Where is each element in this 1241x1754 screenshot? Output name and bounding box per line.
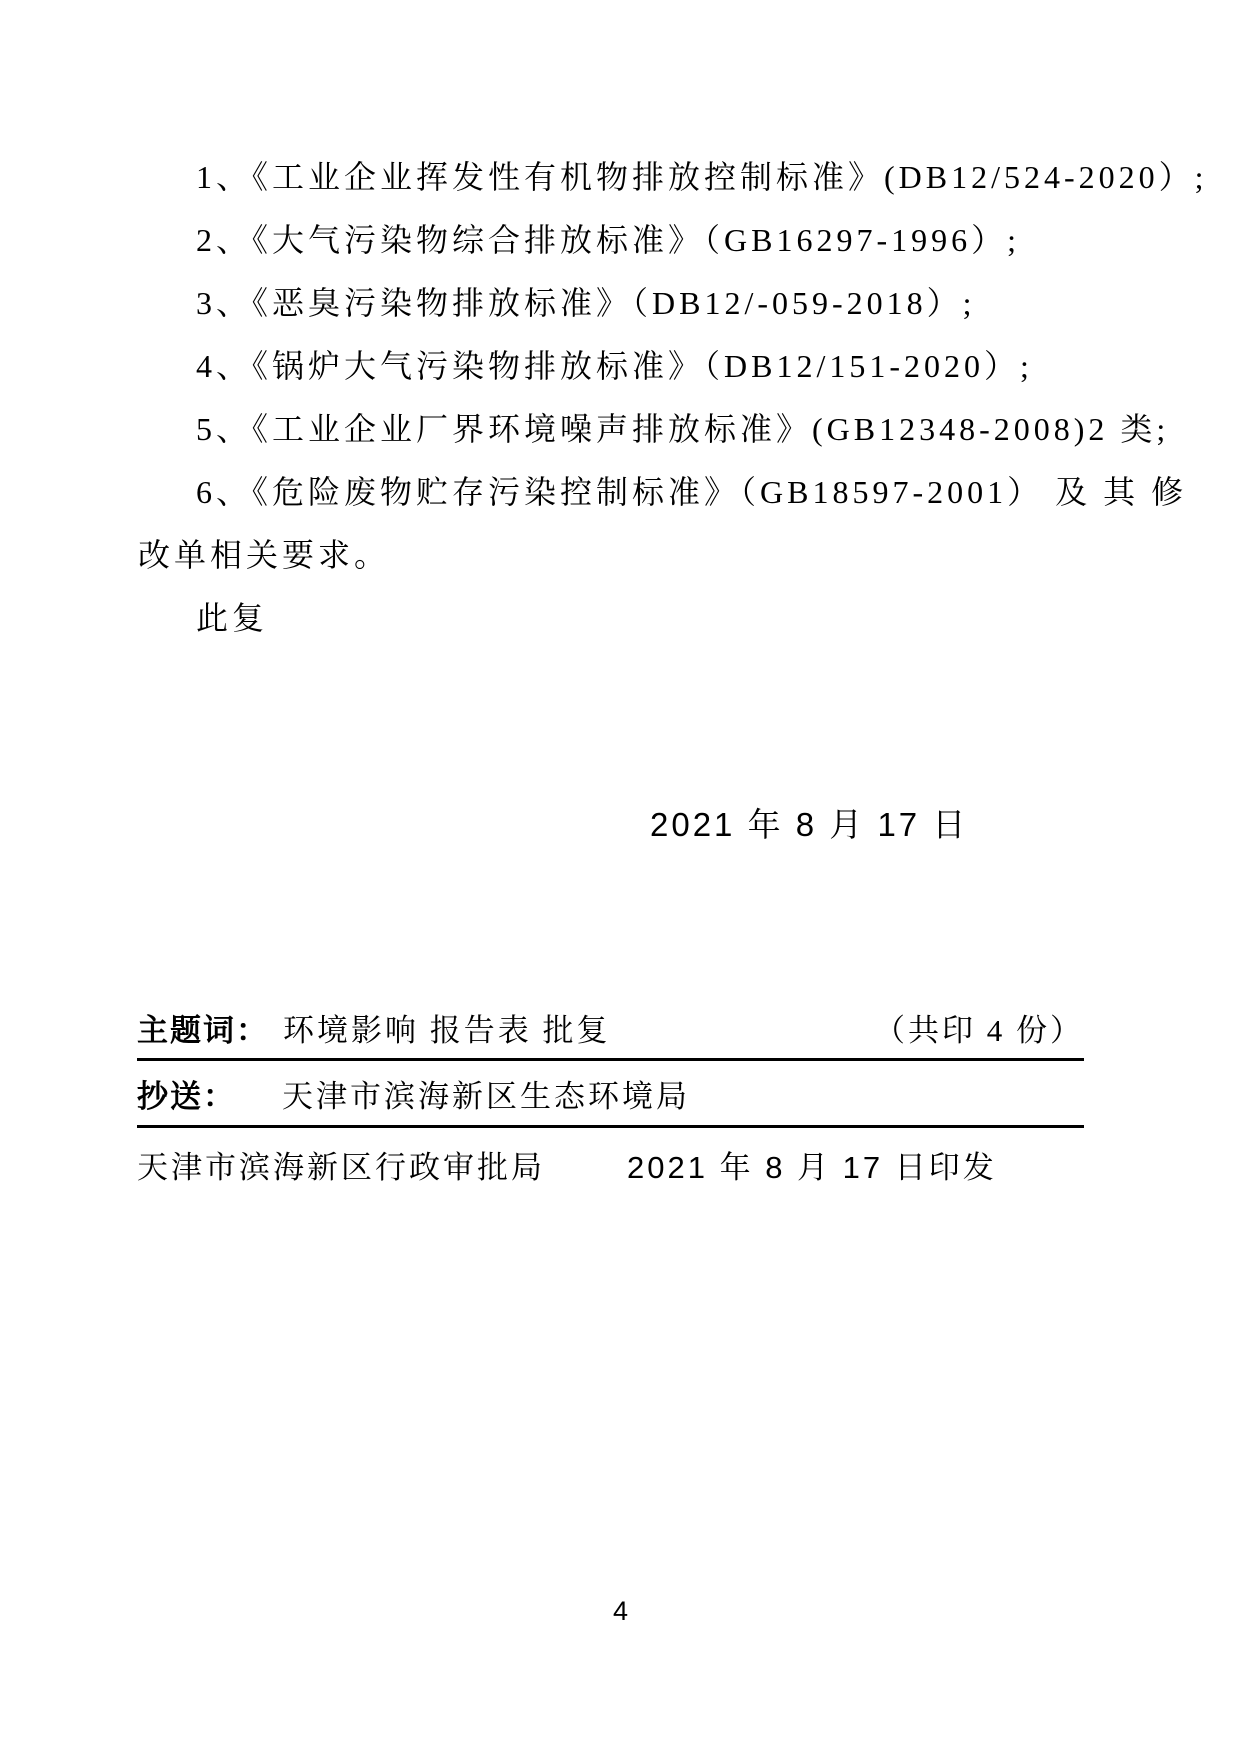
list-item-5: 5、《工业企业厂界环境噪声排放标准》(GB12348-2008)2 类;	[138, 398, 1113, 461]
document-footer: 主题词： 环境影响 报告表 批复 （共印 4 份） 抄送： 天津市滨海新区生态环…	[137, 996, 1084, 1194]
cc-row: 抄送： 天津市滨海新区生态环境局	[137, 1061, 1084, 1125]
list-item-6-continuation: 改单相关要求。	[138, 524, 1113, 587]
list-item-6: 6、《危险废物贮存污染控制标准》（GB18597-2001） 及 其 修	[138, 461, 1113, 524]
document-body: 1、《工业企业挥发性有机物排放控制标准》(DB12/524-2020）; 2、《…	[138, 146, 1113, 650]
list-item-4: 4、《锅炉大气污染物排放标准》（DB12/151-2020）;	[138, 335, 1113, 398]
subject-label: 主题词：	[137, 1005, 269, 1050]
issuer-row: 天津市滨海新区行政审批局 2021 年 8 月 17 日印发	[137, 1128, 1084, 1194]
signature-date: 2021 年 8 月 17 日	[650, 802, 968, 848]
closing-phrase: 此复	[138, 587, 1113, 650]
page-number: 4	[0, 1596, 1241, 1627]
list-item-1: 1、《工业企业挥发性有机物排放控制标准》(DB12/524-2020）;	[138, 146, 1113, 209]
cc-recipient: 天津市滨海新区生态环境局	[282, 1071, 690, 1116]
copies-count: （共印 4 份）	[874, 1005, 1084, 1050]
subject-row: 主题词： 环境影响 报告表 批复 （共印 4 份）	[137, 996, 1084, 1058]
issuing-agency: 天津市滨海新区行政审批局	[137, 1142, 545, 1187]
issue-date: 2021 年 8 月 17 日印发	[627, 1142, 997, 1187]
list-item-2: 2、《大气污染物综合排放标准》（GB16297-1996）;	[138, 209, 1113, 272]
subject-keywords: 环境影响 报告表 批复	[283, 1005, 611, 1050]
list-item-3: 3、《恶臭污染物排放标准》（DB12/-059-2018）;	[138, 272, 1113, 335]
cc-label: 抄送：	[137, 1071, 236, 1116]
document-page: 1、《工业企业挥发性有机物排放控制标准》(DB12/524-2020）; 2、《…	[0, 0, 1241, 1754]
